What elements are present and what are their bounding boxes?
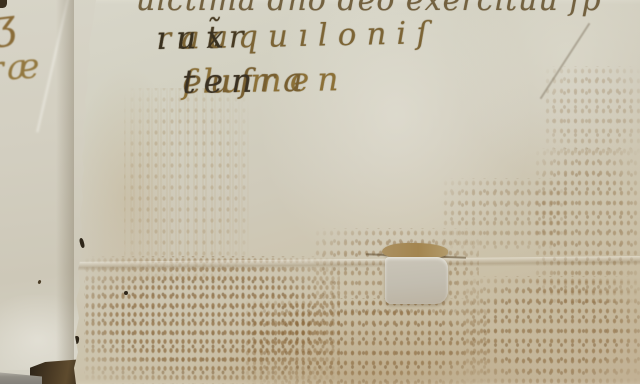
follicle-texture-patch (544, 66, 640, 158)
margin-fragment-lower: ræ (0, 46, 44, 90)
ink-speck (124, 291, 128, 295)
ink-run: uictima dño deo exercituũ ſp (136, 0, 602, 18)
edge-nick (79, 238, 85, 249)
torn-edge-shadow (56, 0, 74, 384)
manuscript-photo: ʒ ræ uictima dño deo exercituũ ſp ı (0, 0, 640, 384)
mottled-band (124, 88, 249, 283)
margin-fragment-top: ʒ (0, 1, 18, 49)
damage-flap (385, 257, 448, 304)
ink-run: ten (182, 61, 261, 101)
ink-speck (37, 280, 41, 285)
follicle-texture-patch (442, 178, 566, 250)
ink-run: ıux (156, 19, 234, 57)
manuscript-page: uictima dño deo exercituũ ſp ınt̃rraaquı… (66, 0, 640, 384)
